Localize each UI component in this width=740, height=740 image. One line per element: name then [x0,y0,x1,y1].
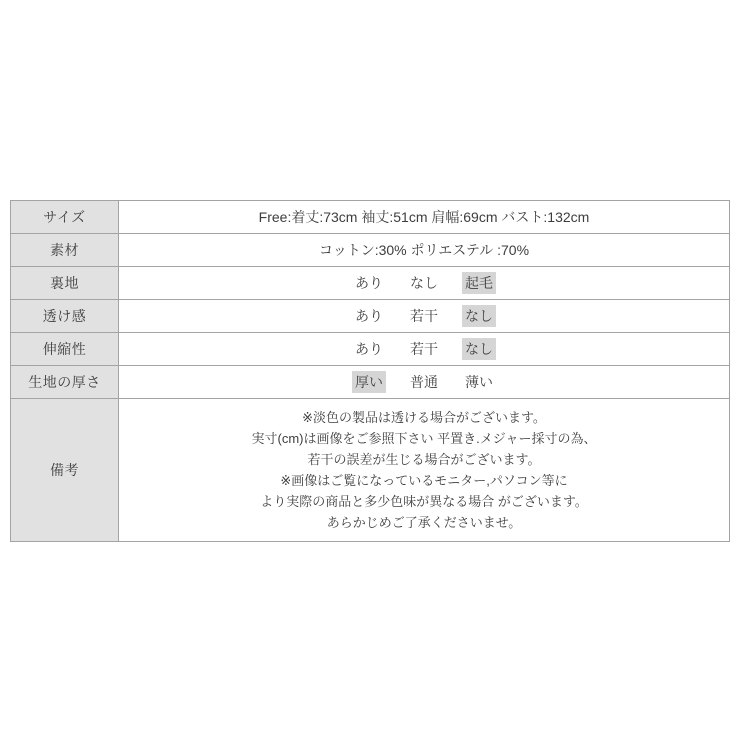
spec-row: サイズFree:着丈:73cm 袖丈:51cm 肩幅:69cm バスト:132c… [11,201,730,234]
spec-table-container: サイズFree:着丈:73cm 袖丈:51cm 肩幅:69cm バスト:132c… [10,200,730,542]
option: あり [352,272,386,294]
spec-row: 備考※淡色の製品は透ける場合がございます。実寸(cm)は画像をご参照下さい 平置… [11,399,730,542]
option: 薄い [462,371,496,393]
row-value: ※淡色の製品は透ける場合がございます。実寸(cm)は画像をご参照下さい 平置き.… [119,399,730,542]
option-selected: 厚い [352,371,386,393]
option: あり [352,338,386,360]
spec-row: 素材コットン:30% ポリエステル :70% [11,234,730,267]
option: 若干 [407,338,441,360]
note-line: あらかじめご了承くださいませ。 [125,512,723,533]
options-group: あり若干なし [125,305,723,327]
product-spec-page: サイズFree:着丈:73cm 袖丈:51cm 肩幅:69cm バスト:132c… [0,0,740,740]
row-value: Free:着丈:73cm 袖丈:51cm 肩幅:69cm バスト:132cm [119,201,730,234]
row-value: ありなし起毛 [119,267,730,300]
spec-row: 生地の厚さ厚い普通薄い [11,366,730,399]
note-line: 実寸(cm)は画像をご参照下さい 平置き.メジャー採寸の為、 [125,428,723,449]
option-selected: なし [462,305,496,327]
row-label: 備考 [11,399,119,542]
note-line: ※画像はご覧になっているモニター,パソコン等に [125,470,723,491]
spec-table: サイズFree:着丈:73cm 袖丈:51cm 肩幅:69cm バスト:132c… [10,200,730,542]
option: 若干 [407,305,441,327]
spec-row: 伸縮性あり若干なし [11,333,730,366]
row-label: サイズ [11,201,119,234]
row-value: あり若干なし [119,300,730,333]
row-label: 生地の厚さ [11,366,119,399]
spec-table-body: サイズFree:着丈:73cm 袖丈:51cm 肩幅:69cm バスト:132c… [11,201,730,542]
row-label: 伸縮性 [11,333,119,366]
row-label: 透け感 [11,300,119,333]
row-label: 素材 [11,234,119,267]
option-selected: なし [462,338,496,360]
note-line: 若干の誤差が生じる場合がございます。 [125,449,723,470]
option-selected: 起毛 [462,272,496,294]
row-value: あり若干なし [119,333,730,366]
row-value: コットン:30% ポリエステル :70% [119,234,730,267]
row-value: 厚い普通薄い [119,366,730,399]
options-group: あり若干なし [125,338,723,360]
note-line: ※淡色の製品は透ける場合がございます。 [125,407,723,428]
option: 普通 [407,371,441,393]
spec-row: 裏地ありなし起毛 [11,267,730,300]
options-group: ありなし起毛 [125,272,723,294]
options-group: 厚い普通薄い [125,371,723,393]
option: なし [407,272,441,294]
spec-row: 透け感あり若干なし [11,300,730,333]
row-label: 裏地 [11,267,119,300]
note-line: より実際の商品と多少色味が異なる場合 がございます。 [125,491,723,512]
option: あり [352,305,386,327]
